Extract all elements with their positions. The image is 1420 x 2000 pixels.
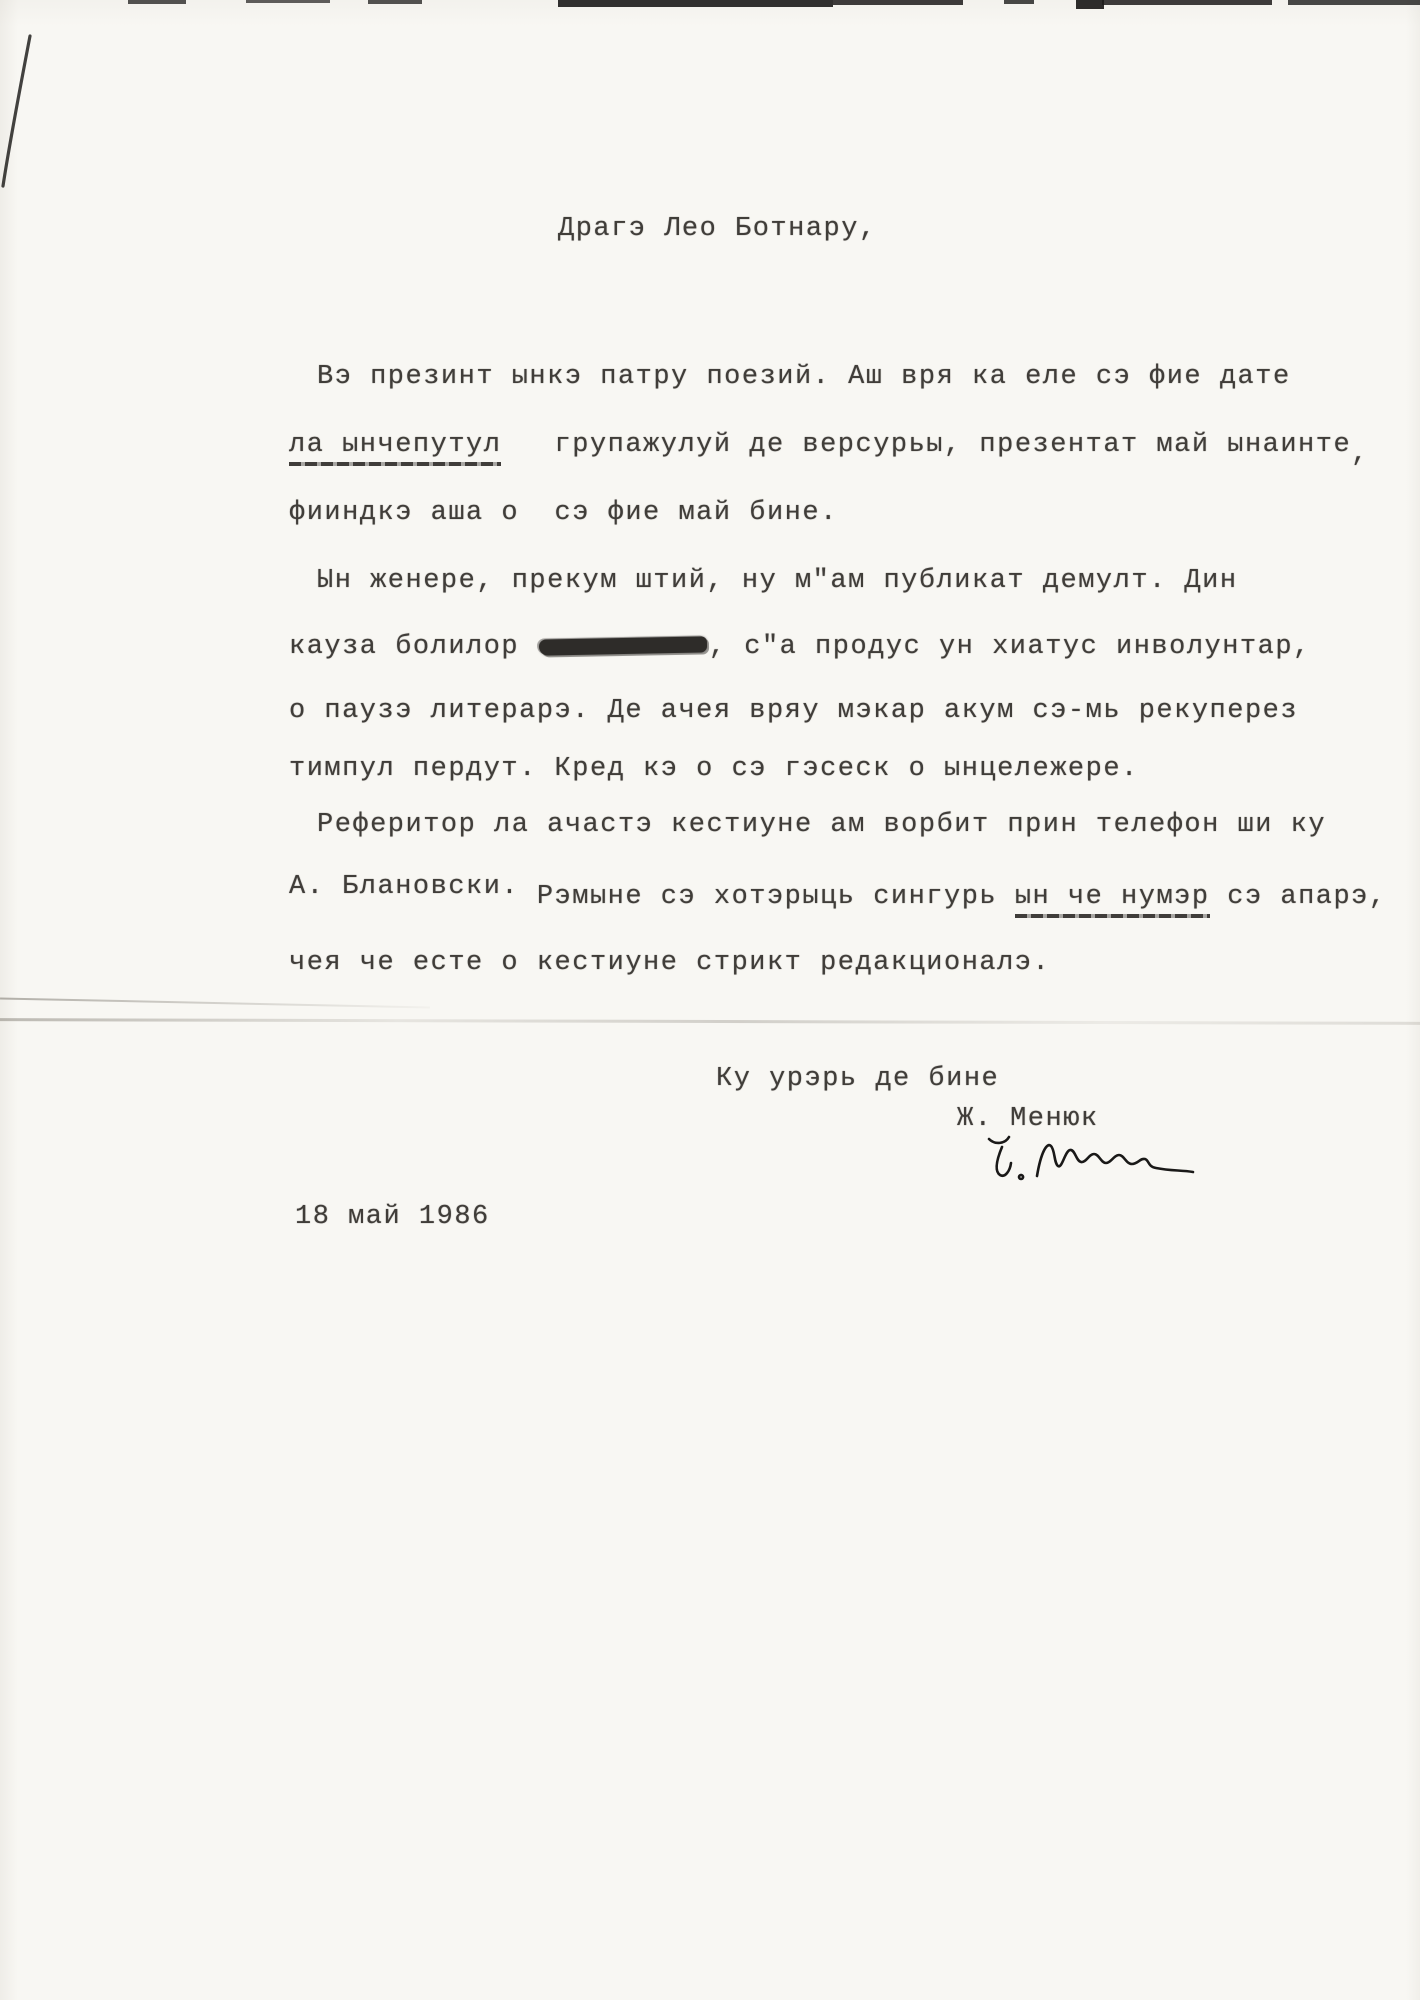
scan-edge-artifact: [833, 0, 963, 5]
scan-edge-artifact: [1004, 0, 1034, 4]
handwritten-signature: [975, 1130, 1200, 1192]
text-segment: Реферитор ла ачастэ кестиуне ам ворбит п…: [317, 810, 1326, 840]
text-segment: Ын женере, прекум штий, ну м"ам публикат…: [317, 566, 1238, 596]
salutation: Драгэ Лео Ботнару,: [558, 214, 877, 244]
text-segment: о паузэ литерарэ. Де ачея вряу мэкар аку…: [289, 696, 1298, 726]
text-segment: сэ апарэ,: [1210, 882, 1387, 912]
text-segment: Вэ презинт ынкэ патру поезий. Аш вря ка …: [317, 362, 1291, 392]
letter-line: Ын женере, прекум штий, ну м"ам публикат…: [289, 566, 1238, 596]
text-segment: А. Блановски.: [289, 872, 537, 902]
text-segment: Рэмыне сэ хотэрыць сингурь: [537, 882, 1015, 912]
paper-crease: [0, 1018, 1420, 1025]
paper-crease-left: [0, 997, 430, 1008]
underlined-phrase: ла ынчепутул: [289, 430, 501, 466]
letter-line: Реферитор ла ачастэ кестиуне ам ворбит п…: [289, 810, 1326, 840]
letter-line: Вэ презинт ынкэ патру поезий. Аш вря ка …: [289, 362, 1291, 392]
letter-line: фииндкэ аша о сэ фие май бине.: [289, 498, 838, 528]
date-line: 18 май 1986: [295, 1202, 490, 1232]
scan-edge-artifact: [1288, 0, 1420, 5]
scanned-letter-page: Драгэ Лео Ботнару, Вэ презинт ынкэ патру…: [0, 0, 1420, 2000]
struck-out-word: [539, 636, 707, 655]
text-segment: ,: [1351, 439, 1369, 469]
letter-line: тимпул пердут. Кред кэ о сэ гэсеск о ынц…: [289, 754, 1139, 784]
scan-edge-artifact: [1076, 0, 1104, 9]
scan-edge-artifact: [1102, 0, 1272, 5]
letter-line: А. Блановски. Рэмыне сэ хотэрыць сингурь…: [289, 872, 1387, 902]
text-segment: групажулуй де версурьы, презентат май ын…: [501, 430, 1351, 460]
underlined-phrase: ын че нумэр: [1015, 882, 1210, 918]
scan-edge-artifact: [368, 0, 422, 4]
text-segment: чея че есте о кестиуне стрикт редакциона…: [289, 948, 1050, 978]
letter-line: чея че есте о кестиуне стрикт редакциона…: [289, 948, 1050, 978]
letter-line: кауза болилор , с"а продус ун хиатус инв…: [289, 632, 1311, 662]
corner-fold-mark: [0, 0, 60, 200]
text-segment: фииндкэ аша о сэ фие май бине.: [289, 498, 838, 528]
letter-line: о паузэ литерарэ. Де ачея вряу мэкар аку…: [289, 696, 1298, 726]
scan-edge-artifact: [558, 0, 833, 7]
letter-line: ла ынчепутул групажулуй де версурьы, пре…: [289, 430, 1369, 460]
text-segment: кауза болилор: [289, 632, 537, 662]
text-segment: тимпул пердут. Кред кэ о сэ гэсеск о ынц…: [289, 754, 1139, 784]
scan-edge-artifact: [246, 0, 330, 3]
text-segment: , с"а продус ун хиатус инволунтар,: [709, 632, 1311, 662]
closing-line: Ку урэрь де бине: [716, 1064, 999, 1094]
scan-edge-artifact: [128, 0, 186, 4]
